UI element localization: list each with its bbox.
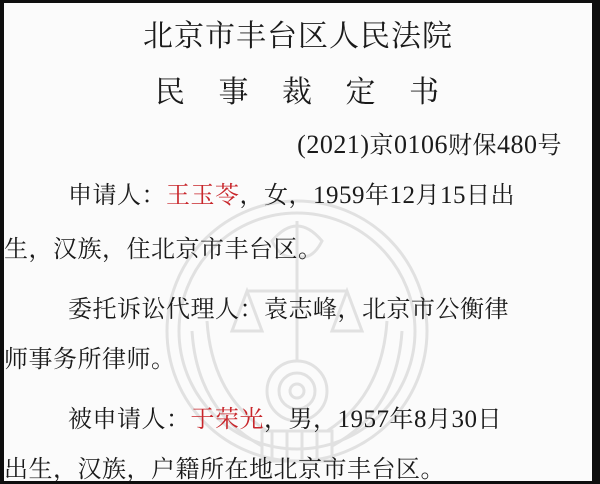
month-unit: 月	[416, 181, 441, 209]
image-frame: 北京市丰台区人民法院 民 事 裁 定 书 (2021)京0106财保480号 申…	[0, 0, 600, 484]
respondent-birth-day: 30	[452, 406, 478, 433]
applicant-name: 王玉苓	[166, 181, 240, 209]
case-number-code: 0106	[394, 130, 448, 159]
court-name: 北京市丰台区人民法院	[4, 23, 592, 51]
document-type-title: 民 事 裁 定 书	[4, 79, 592, 107]
applicant-line-2: 生，汉族，住北京市丰台区。	[4, 235, 323, 263]
applicant-line-1: 申请人：王玉苓，女，1959年12月15日出	[68, 181, 515, 210]
respondent-line-1: 被申请人：于荣光，男，1957年8月30日	[68, 405, 502, 434]
case-number-prefix: (2021)	[297, 130, 369, 159]
day-unit: 日出	[466, 181, 515, 209]
respondent-birth-month: 8	[414, 406, 427, 433]
case-number-court-code: 京	[370, 131, 395, 159]
respondent-name: 于荣光	[191, 405, 265, 433]
agent-line-1: 委托诉讼代理人：袁志峰，北京市公衡律	[68, 295, 509, 323]
month-unit: 月	[427, 405, 452, 433]
year-unit: 年	[390, 405, 415, 433]
case-number-suffix: 号	[538, 131, 563, 159]
national-emblem-watermark-icon	[152, 181, 442, 481]
respondent-gender: ，男，	[264, 405, 338, 433]
respondent-birth-year: 1957	[338, 406, 390, 433]
document-page: 北京市丰台区人民法院 民 事 裁 定 书 (2021)京0106财保480号 申…	[4, 3, 592, 481]
year-unit: 年	[365, 181, 390, 209]
applicant-gender: ，女，	[240, 181, 314, 209]
applicant-label: 申请人：	[68, 181, 166, 209]
respondent-label: 被申请人：	[68, 405, 191, 433]
applicant-birth-year: 1959	[313, 182, 365, 209]
case-number: (2021)京0106财保480号	[297, 131, 562, 159]
applicant-birth-day: 15	[440, 182, 466, 209]
case-number-seq: 480	[497, 130, 538, 159]
applicant-birth-month: 12	[390, 182, 416, 209]
day-unit: 日	[478, 405, 503, 433]
agent-line-2: 师事务所律师。	[4, 345, 176, 373]
respondent-line-2: 出生，汉族，户籍所在地北京市丰台区。	[4, 455, 445, 481]
case-number-category: 财保	[448, 131, 497, 159]
